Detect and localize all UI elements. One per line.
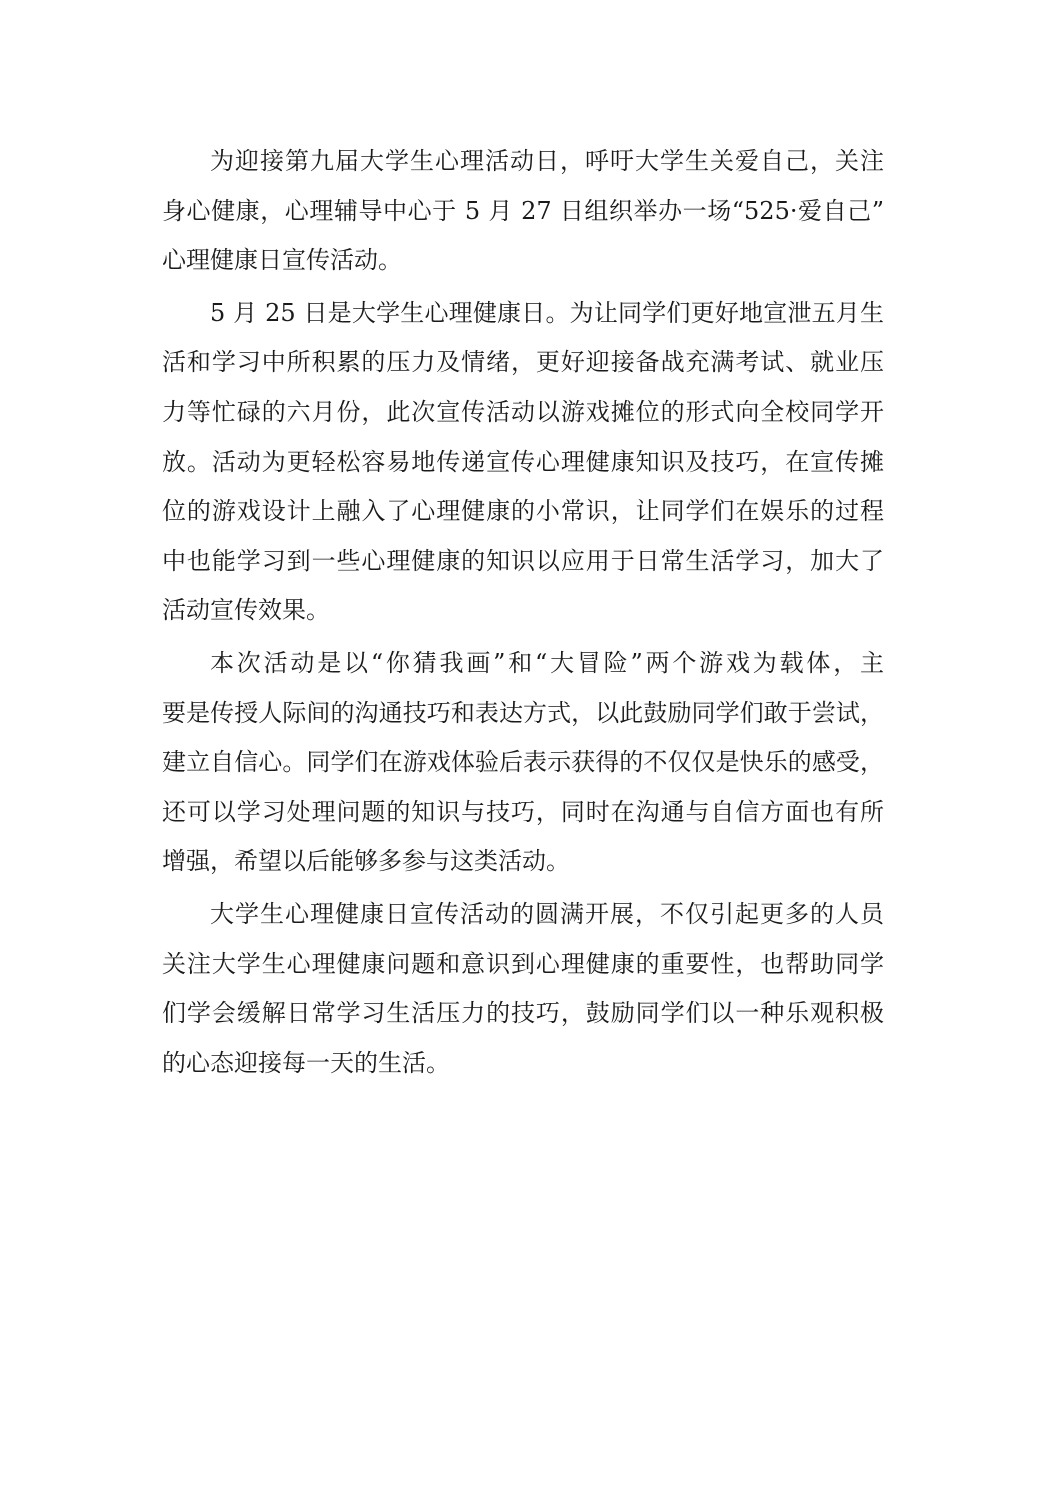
text-line: 增强，希望以后能够多参与这类活动。 — [162, 837, 884, 887]
text-line: 活和学习中所积累的压力及情绪，更好迎接备战充满考试、就业压 — [162, 338, 884, 388]
text-line: 5 月 25 日是大学生心理健康日。为让同学们更好地宣泄五月生 — [162, 289, 884, 339]
document-page: 为迎接第九届大学生心理活动日，呼吁大学生关爱自己，关注 身心健康，心理辅导中心于… — [162, 137, 884, 1091]
text-line: 心理健康日宣传活动。 — [162, 236, 884, 286]
paragraph-1: 为迎接第九届大学生心理活动日，呼吁大学生关爱自己，关注 身心健康，心理辅导中心于… — [162, 137, 884, 286]
text-line: 为迎接第九届大学生心理活动日，呼吁大学生关爱自己，关注 — [162, 137, 884, 187]
text-line: 们学会缓解日常学习生活压力的技巧，鼓励同学们以一种乐观积极 — [162, 989, 884, 1039]
text-line: 建立自信心。同学们在游戏体验后表示获得的不仅仅是快乐的感受， — [162, 738, 884, 788]
paragraph-4: 大学生心理健康日宣传活动的圆满开展，不仅引起更多的人员 关注大学生心理健康问题和… — [162, 890, 884, 1088]
text-line: 中也能学习到一些心理健康的知识以应用于日常生活学习，加大了 — [162, 537, 884, 587]
text-line: 身心健康，心理辅导中心于 5 月 27 日组织举办一场“525·爱自己” — [162, 187, 884, 237]
text-line: 还可以学习处理问题的知识与技巧，同时在沟通与自信方面也有所 — [162, 788, 884, 838]
text-line: 要是传授人际间的沟通技巧和表达方式，以此鼓励同学们敢于尝试， — [162, 689, 884, 739]
text-line: 大学生心理健康日宣传活动的圆满开展，不仅引起更多的人员 — [162, 890, 884, 940]
text-line: 本次活动是以“你猜我画”和“大冒险”两个游戏为载体，主 — [162, 639, 884, 689]
paragraph-3: 本次活动是以“你猜我画”和“大冒险”两个游戏为载体，主 要是传授人际间的沟通技巧… — [162, 639, 884, 887]
text-line: 活动宣传效果。 — [162, 586, 884, 636]
text-line: 关注大学生心理健康问题和意识到心理健康的重要性，也帮助同学 — [162, 940, 884, 990]
text-line: 位的游戏设计上融入了心理健康的小常识，让同学们在娱乐的过程 — [162, 487, 884, 537]
text-line: 的心态迎接每一天的生活。 — [162, 1039, 884, 1089]
text-line: 力等忙碌的六月份，此次宣传活动以游戏摊位的形式向全校同学开 — [162, 388, 884, 438]
paragraph-2: 5 月 25 日是大学生心理健康日。为让同学们更好地宣泄五月生 活和学习中所积累… — [162, 289, 884, 636]
text-line: 放。活动为更轻松容易地传递宣传心理健康知识及技巧，在宣传摊 — [162, 438, 884, 488]
